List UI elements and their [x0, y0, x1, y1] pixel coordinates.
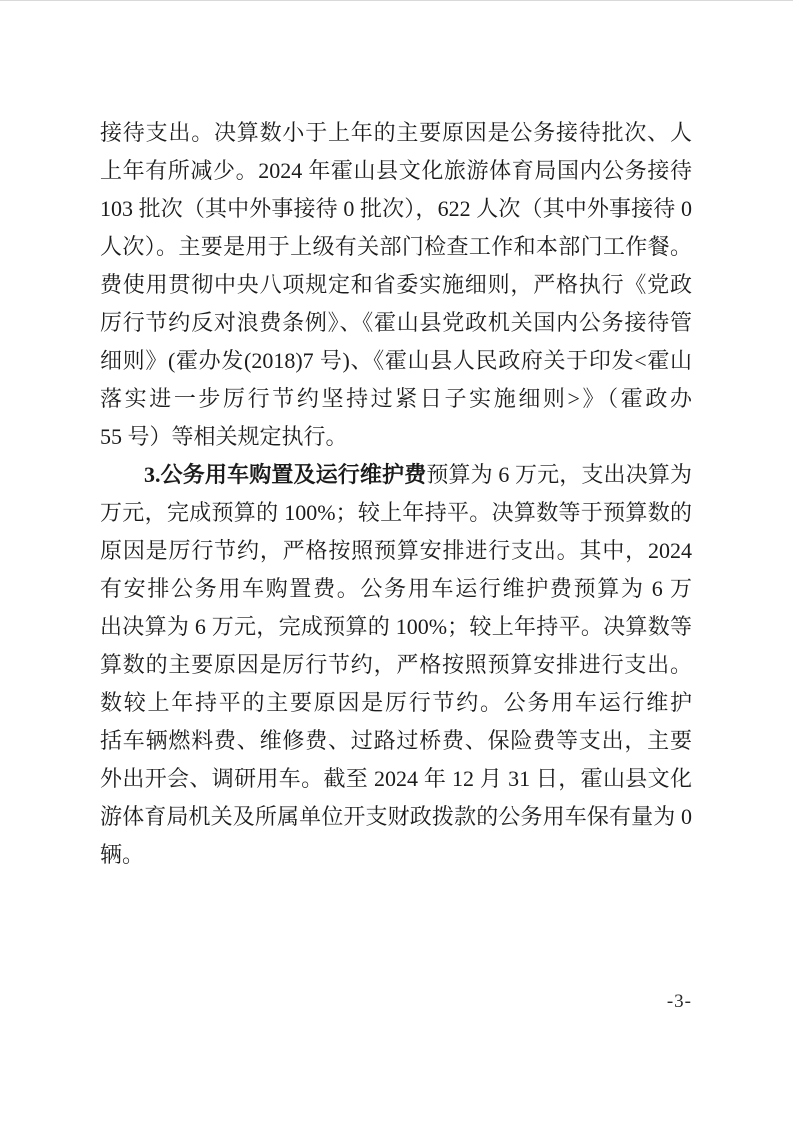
text-line-14: 出决算为 6 万元，完成预算的 100%；较上年持平。决算数等于预 — [100, 608, 692, 646]
text-line-1: 接待支出。决算数小于上年的主要原因是公务接待批次、人数较 — [100, 114, 692, 152]
text-line-18: 外出开会、调研用车。截至 2024 年 12 月 31 日，霍山县文化旅 — [100, 760, 692, 798]
text-line-13: 有安排公务用车购置费。公务用车运行维护费预算为 6 万元，支 — [100, 570, 692, 608]
section-heading-bold: 3.公务用车购置及运行维护费 — [144, 462, 426, 487]
text-line-6: 厉行节约反对浪费条例》、《霍山县党政机关国内公务接待管理 — [100, 304, 692, 342]
text-line-15: 算数的主要原因是厉行节约，严格按照预算安排进行支出。决算 — [100, 646, 692, 684]
text-line-2: 上年有所减少。2024 年霍山县文化旅游体育局国内公务接待共 — [100, 152, 692, 190]
text-line-20-paragraph-end: 辆。 — [100, 836, 692, 874]
document-text-block: 接待支出。决算数小于上年的主要原因是公务接待批次、人数较 上年有所减少。2024… — [100, 114, 692, 874]
text-line-17: 括车辆燃料费、维修费、过路过桥费、保险费等支出，主要用于 — [100, 722, 692, 760]
text-line-5: 费使用贯彻中央八项规定和省委实施细则，严格执行《党政机关 — [100, 266, 692, 304]
page-number: -3- — [667, 988, 692, 1016]
text-line-4: 人次）。主要是用于上级有关部门检查工作和本部门工作餐。经 — [100, 228, 692, 266]
document-page: 接待支出。决算数小于上年的主要原因是公务接待批次、人数较 上年有所减少。2024… — [0, 0, 793, 1122]
text-line-19: 游体育局机关及所属单位开支财政拨款的公务用车保有量为 0 — [100, 798, 692, 836]
text-line-16: 数较上年持平的主要原因是厉行节约。公务用车运行维护费，包 — [100, 684, 692, 722]
text-line-12: 原因是厉行节约，严格按照预算安排进行支出。其中，2024 年没 — [100, 532, 692, 570]
text-line-10-section-start: 3.公务用车购置及运行维护费预算为 6 万元，支出决算为 6 — [100, 456, 692, 494]
page-top-edge — [0, 0, 793, 1]
text-line-11: 万元，完成预算的 100%；较上年持平。决算数等于预算数的主要 — [100, 494, 692, 532]
text-line-9-paragraph-end: 55 号）等相关规定执行。 — [100, 418, 692, 456]
text-line-8: 落实进一步厉行节约坚持过紧日子实施细则>》（霍政办【2022】 — [100, 380, 692, 418]
text-line-7: 细则》(霍办发(2018)7 号)、《霍山县人民政府关于印发<霍山县 — [100, 342, 692, 380]
text-line-3: 103 批次（其中外事接待 0 批次），622 人次（其中外事接待 0 — [100, 190, 692, 228]
